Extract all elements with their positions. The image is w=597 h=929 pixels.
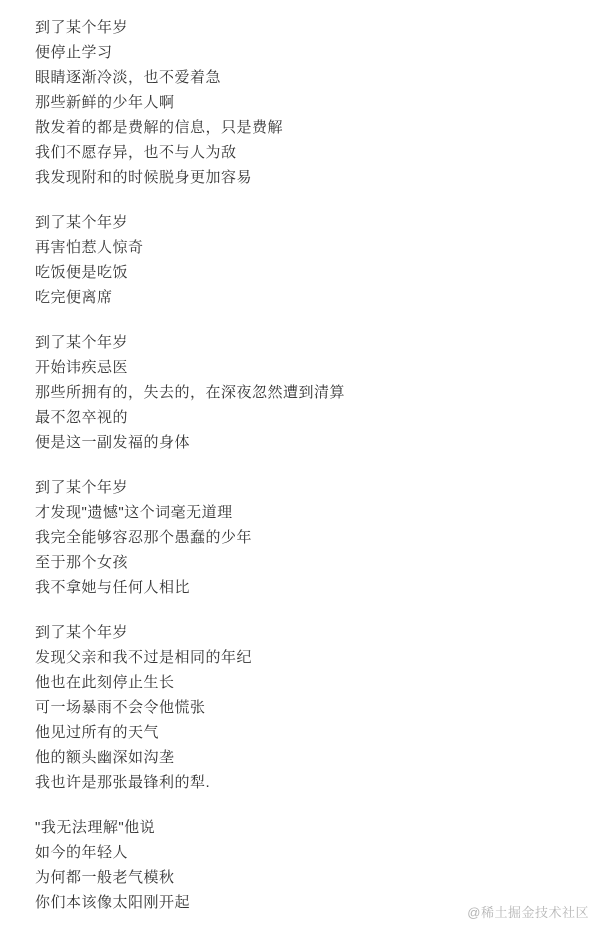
poem-line: 到了某个年岁 <box>35 330 577 355</box>
stanza-5: 到了某个年岁 发现父亲和我不过是相同的年纪 他也在此刻停止生长 可一场暴雨不会令… <box>35 620 577 795</box>
poem-line: 到了某个年岁 <box>35 475 577 500</box>
poem: 到了某个年岁 便停止学习 眼睛逐渐冷淡，也不爱着急 那些新鲜的少年人啊 散发着的… <box>0 0 597 915</box>
poem-line: 散发着的都是费解的信息，只是费解 <box>35 115 577 140</box>
watermark: @稀土掘金技术社区 <box>467 902 589 921</box>
poem-line: 可一场暴雨不会令他慌张 <box>35 695 577 720</box>
stanza-3: 到了某个年岁 开始讳疾忌医 那些所拥有的，失去的，在深夜忽然遭到清算 最不忽卒视… <box>35 330 577 455</box>
poem-line: 便是这一副发福的身体 <box>35 430 577 455</box>
poem-line: 我不拿她与任何人相比 <box>35 575 577 600</box>
poem-line: 如今的年轻人 <box>35 840 577 865</box>
poem-line: 为何都一般老气模秋 <box>35 865 577 890</box>
poem-line: 到了某个年岁 <box>35 15 577 40</box>
poem-line: 便停止学习 <box>35 40 577 65</box>
stanza-4: 到了某个年岁 才发现"遗憾"这个词毫无道理 我完全能够容忍那个愚蠢的少年 至于那… <box>35 475 577 600</box>
poem-line: 他也在此刻停止生长 <box>35 670 577 695</box>
poem-line: 开始讳疾忌医 <box>35 355 577 380</box>
poem-line: 到了某个年岁 <box>35 210 577 235</box>
poem-line: 到了某个年岁 <box>35 620 577 645</box>
poem-line: 最不忽卒视的 <box>35 405 577 430</box>
poem-line: 我发现附和的时候脱身更加容易 <box>35 165 577 190</box>
poem-line: 我完全能够容忍那个愚蠢的少年 <box>35 525 577 550</box>
poem-line: 吃完便离席 <box>35 285 577 310</box>
poem-line: 再害怕惹人惊奇 <box>35 235 577 260</box>
poem-line: "我无法理解"他说 <box>35 815 577 840</box>
poem-line: 发现父亲和我不过是相同的年纪 <box>35 645 577 670</box>
poem-line: 我们不愿存异，也不与人为敌 <box>35 140 577 165</box>
poem-line: 那些新鲜的少年人啊 <box>35 90 577 115</box>
stanza-1: 到了某个年岁 便停止学习 眼睛逐渐冷淡，也不爱着急 那些新鲜的少年人啊 散发着的… <box>35 15 577 190</box>
poem-line: 才发现"遗憾"这个词毫无道理 <box>35 500 577 525</box>
poem-line: 他的额头幽深如沟垄 <box>35 745 577 770</box>
page: { "page": { "background": "#ffffff", "te… <box>0 0 597 929</box>
stanza-6: "我无法理解"他说 如今的年轻人 为何都一般老气模秋 你们本该像太阳刚开起 <box>35 815 577 915</box>
poem-line: 眼睛逐渐冷淡，也不爱着急 <box>35 65 577 90</box>
poem-line: 吃饭便是吃饭 <box>35 260 577 285</box>
poem-line: 我也许是那张最锋利的犁. <box>35 770 577 795</box>
stanza-2: 到了某个年岁 再害怕惹人惊奇 吃饭便是吃饭 吃完便离席 <box>35 210 577 310</box>
poem-line: 他见过所有的天气 <box>35 720 577 745</box>
poem-line: 那些所拥有的，失去的，在深夜忽然遭到清算 <box>35 380 577 405</box>
poem-line: 至于那个女孩 <box>35 550 577 575</box>
